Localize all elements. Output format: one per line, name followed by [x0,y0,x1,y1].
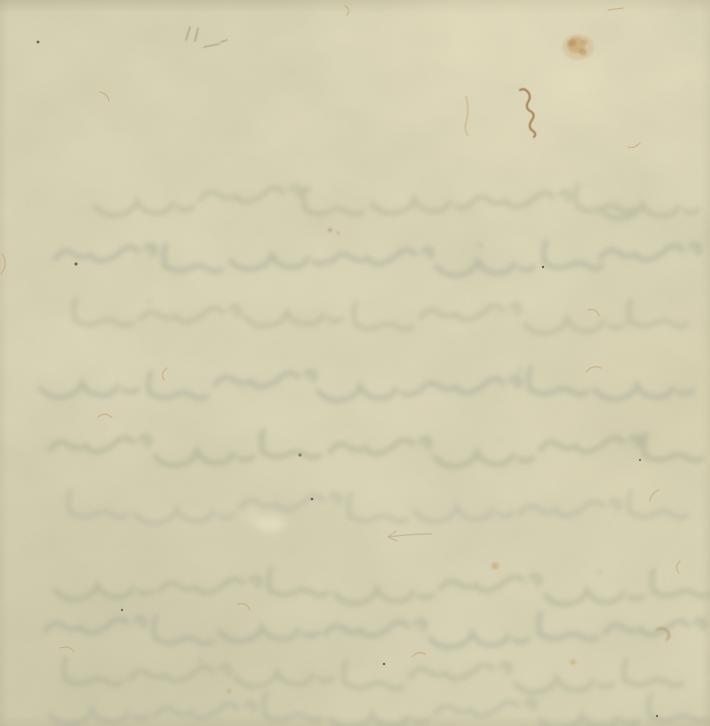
manuscript-page [0,0,710,726]
paper-grain-light [0,0,710,726]
paper-scan-overlay [0,0,710,726]
